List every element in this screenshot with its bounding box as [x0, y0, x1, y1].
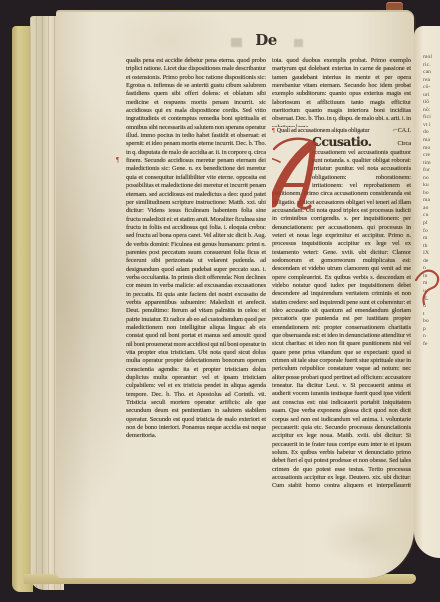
book-page: De ¶ qualis pena est accidie debetur pen… — [56, 12, 414, 578]
chapter-end-text: tota. quod duobus exemplis probat. Primo… — [272, 57, 411, 127]
body-text: Primo circa accusationem consideranda es… — [272, 190, 411, 488]
chapter-number: CA.I. — [398, 127, 411, 135]
rubric-title: Quali ad accusationem aliquis obligatur — [277, 127, 391, 135]
pilcrow-icon: ¶ — [272, 127, 275, 135]
text-column-right: tota. quod duobus exemplis probat. Primo… — [272, 57, 411, 488]
illuminated-initial-a — [272, 136, 312, 182]
margin-pilcrow-icon: ¶ — [116, 157, 119, 164]
show-through-smudge — [294, 39, 303, 47]
chapter-rubric: ¶ Quali ad accusationem aliquis obligatu… — [272, 127, 411, 136]
opening-word: Ccusatio. — [312, 136, 371, 149]
facing-page-edge: mol ric. can rea cō- uri tiō nō: fici vt… — [414, 26, 440, 558]
facing-page-initial-flourish-icon — [414, 260, 440, 306]
text-column-left: qualis pena est accidie debetur pena ete… — [126, 57, 266, 488]
running-header: De — [241, 31, 291, 49]
chapter-body: Ccusatio. Circa accusationem vel accusat… — [272, 136, 411, 488]
